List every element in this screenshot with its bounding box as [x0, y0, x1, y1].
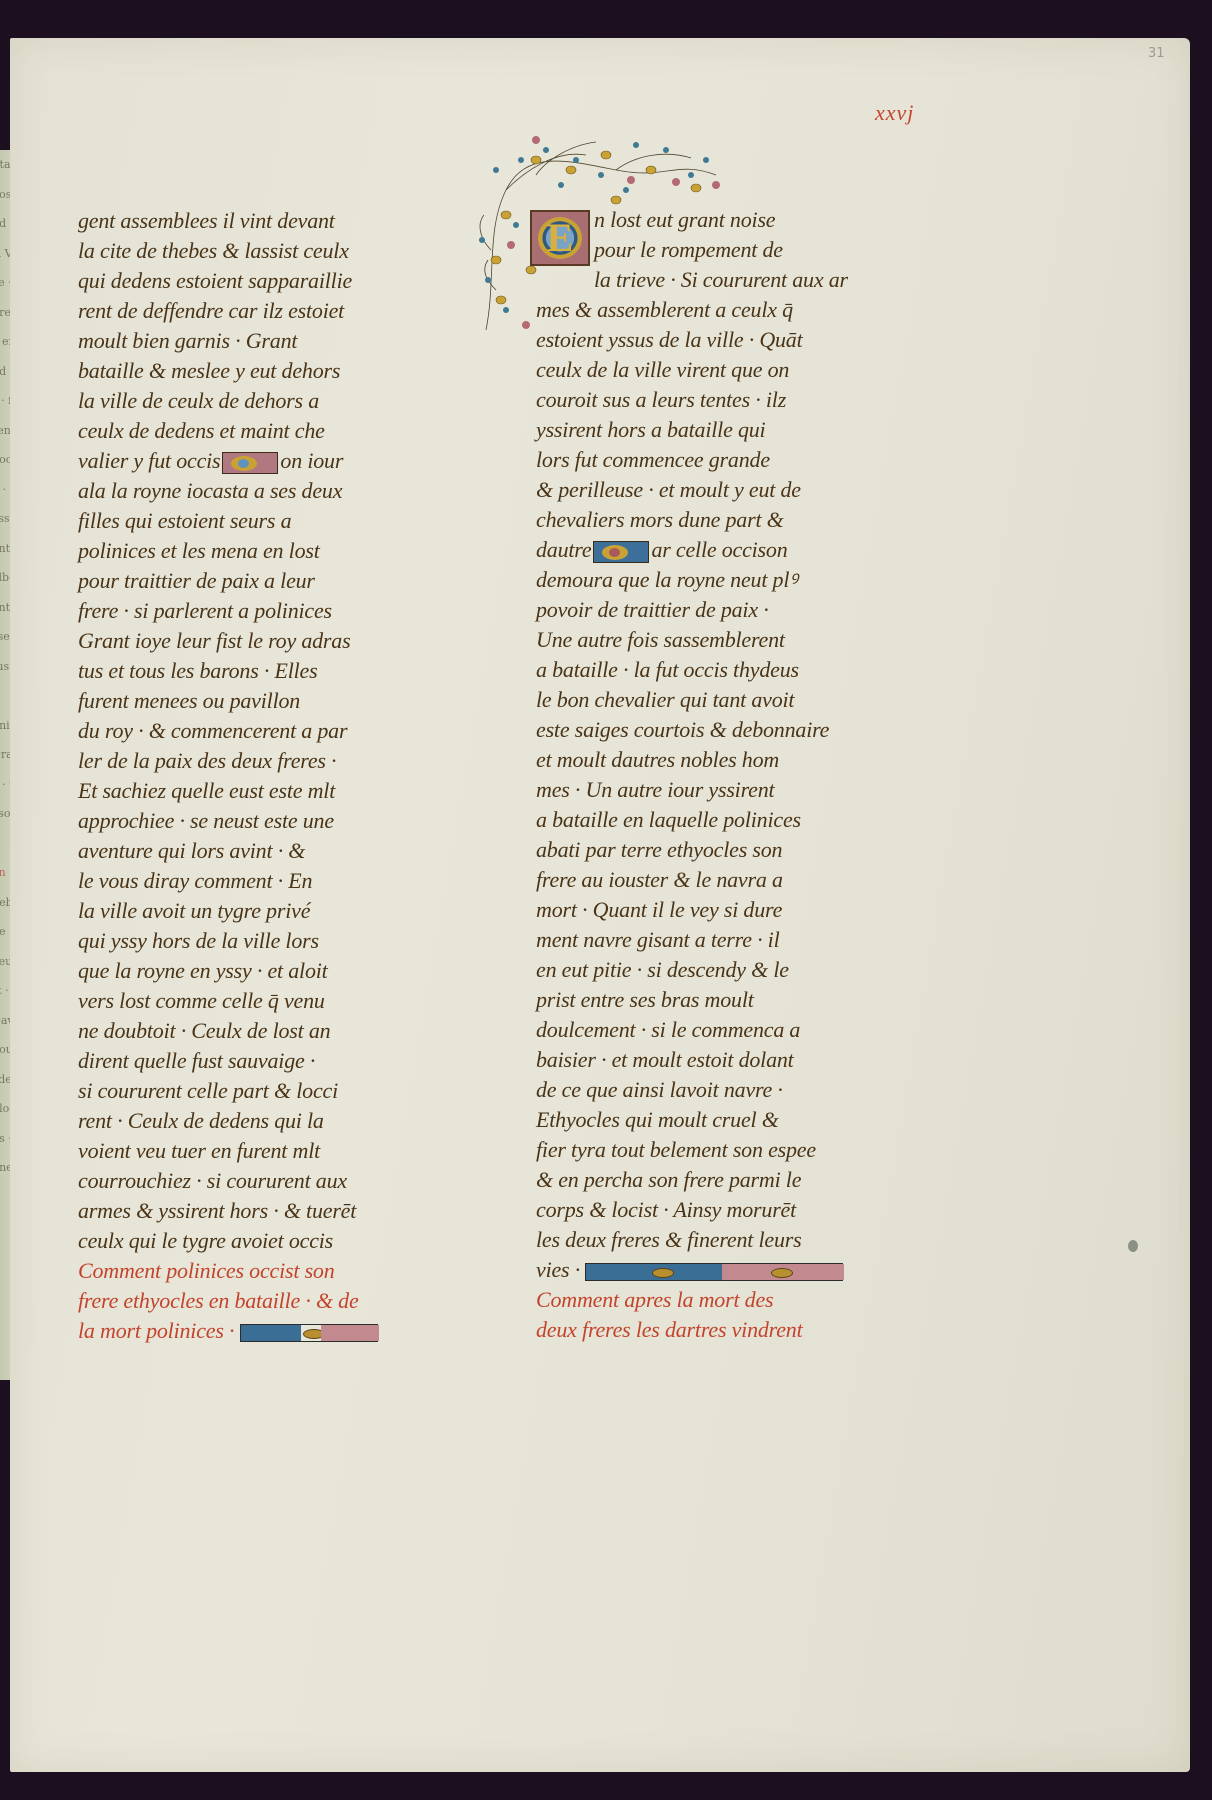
line-text: dautre — [536, 537, 591, 562]
line-text: chevaliers mors dune part & — [536, 507, 784, 532]
text-line: a bataille · la fut occis thydeus — [536, 655, 916, 685]
text-line: ala la royne iocasta a ses deux — [78, 476, 450, 506]
text-line: a bataille en laquelle polinices — [536, 805, 916, 835]
text-line: valier y fut occison iour — [78, 446, 450, 476]
rubric-text: Comment polinices occist son — [78, 1258, 335, 1283]
line-text: ceulx de dedens et maint che — [78, 418, 325, 443]
text-line: fier tyra tout belement son espee — [536, 1135, 916, 1165]
text-line: de ce que ainsi lavoit navre · — [536, 1075, 916, 1105]
text-column-left: gent assemblees il vint devantla cite de… — [78, 206, 450, 1346]
line-text: povoir de traittier de paix · — [536, 597, 769, 622]
text-line: pour traittier de paix a leur — [78, 566, 450, 596]
line-text: yssirent hors a bataille qui — [536, 417, 765, 442]
line-text: gent assemblees il vint devant — [78, 208, 335, 233]
text-line: lors fut commencee grande — [536, 445, 916, 475]
line-text: ala la royne iocasta a ses deux — [78, 478, 342, 503]
line-text: furent menees ou pavillon — [78, 688, 300, 713]
text-line: qui dedens estoient sapparaillie — [78, 266, 450, 296]
text-line: furent menees ou pavillon — [78, 686, 450, 716]
line-text: valier y fut occis — [78, 448, 220, 473]
text-line: mes & assemblerent a ceulx q̄ — [536, 295, 916, 325]
line-text: ar celle occison — [651, 537, 787, 562]
line-filler-ornament — [585, 1263, 843, 1281]
text-line: ceulx de la ville virent que on — [536, 355, 916, 385]
line-text: ceulx qui le tygre avoiet occis — [78, 1228, 333, 1253]
line-text: la cite de thebes & lassist ceulx — [78, 238, 349, 263]
text-line: prist entre ses bras moult — [536, 985, 916, 1015]
line-text: & en percha son frere parmi le — [536, 1167, 801, 1192]
rubric-line: deux freres les dartres vindrent — [536, 1315, 916, 1345]
line-text: vies · — [536, 1257, 580, 1282]
rubric-text: la mort polinices · — [78, 1318, 234, 1343]
rubric-text: frere ethyocles en bataille · & de — [78, 1288, 359, 1313]
rubric-line: Comment apres la mort des — [536, 1285, 916, 1315]
line-text: pour le rompement de — [594, 237, 783, 262]
text-line: & en percha son frere parmi le — [536, 1165, 916, 1195]
text-line: tus et tous les barons · Elles — [78, 656, 450, 686]
text-line: rent de deffendre car ilz estoiet — [78, 296, 450, 326]
text-line: bataille & meslee y eut dehors — [78, 356, 450, 386]
line-text: & perilleuse · et moult y eut de — [536, 477, 801, 502]
line-text: demoura que la royne neut plꝰ — [536, 567, 797, 592]
line-text: abati par terre ethyocles son — [536, 837, 782, 862]
line-text: la trieve · Si coururent aux ar — [594, 267, 848, 292]
line-text: n lost eut grant noise — [594, 207, 775, 232]
line-text: bataille & meslee y eut dehors — [78, 358, 340, 383]
text-line: doulcement · si le commenca a — [536, 1015, 916, 1045]
text-line: Ethyocles qui moult cruel & — [536, 1105, 916, 1135]
inline-initial-p — [593, 541, 649, 563]
rubric-line: la mort polinices · — [78, 1316, 450, 1346]
line-text: couroit sus a leurs tentes · ilz — [536, 387, 786, 412]
line-text: moult bien garnis · Grant — [78, 328, 297, 353]
text-line: dautrear celle occison — [536, 535, 916, 565]
line-text: prist entre ses bras moult — [536, 987, 754, 1012]
text-line: polinices et les mena en lost — [78, 536, 450, 566]
text-line: n lost eut grant noise — [536, 205, 916, 235]
text-line: Et sachiez quelle eust este mlt — [78, 776, 450, 806]
line-text: Et sachiez quelle eust este mlt — [78, 778, 335, 803]
text-line: en eut pitie · si descendy & le — [536, 955, 916, 985]
line-text: voient veu tuer en furent mlt — [78, 1138, 320, 1163]
rubric-text: deux freres les dartres vindrent — [536, 1317, 803, 1342]
text-line: le bon chevalier qui tant avoit — [536, 685, 916, 715]
line-text: Ethyocles qui moult cruel & — [536, 1107, 779, 1132]
line-text: de ce que ainsi lavoit navre · — [536, 1077, 783, 1102]
line-text: ne doubtoit · Ceulx de lost an — [78, 1018, 330, 1043]
inline-initial-d — [222, 452, 278, 474]
text-line: frere · si parlerent a polinices — [78, 596, 450, 626]
text-line: ne doubtoit · Ceulx de lost an — [78, 1016, 450, 1046]
line-text: estoient yssus de la ville · Quāt — [536, 327, 803, 352]
line-text: a bataille en laquelle polinices — [536, 807, 801, 832]
text-line: vies · — [536, 1255, 916, 1285]
line-text: le bon chevalier qui tant avoit — [536, 687, 794, 712]
text-line: estoient yssus de la ville · Quāt — [536, 325, 916, 355]
line-text: a bataille · la fut occis thydeus — [536, 657, 799, 682]
line-text: Une autre fois sassemblerent — [536, 627, 785, 652]
text-line: ceulx de dedens et maint che — [78, 416, 450, 446]
text-line: ler de la paix des deux freres · — [78, 746, 450, 776]
text-line: et moult dautres nobles hom — [536, 745, 916, 775]
rubric-line: Comment polinices occist son — [78, 1256, 450, 1286]
text-line: filles qui estoient seurs a — [78, 506, 450, 536]
line-text: la ville avoit un tygre privé — [78, 898, 310, 923]
line-text: dirent quelle fust sauvaige · — [78, 1048, 315, 1073]
line-text: les deux freres & finerent leurs — [536, 1227, 802, 1252]
line-text: ment navre gisant a terre · il — [536, 927, 780, 952]
text-line: & perilleuse · et moult y eut de — [536, 475, 916, 505]
text-line: yssirent hors a bataille qui — [536, 415, 916, 445]
line-text: armes & yssirent hors · & tuerēt — [78, 1198, 356, 1223]
text-line: corps & locist · Ainsy morurēt — [536, 1195, 916, 1225]
text-line: povoir de traittier de paix · — [536, 595, 916, 625]
text-line: chevaliers mors dune part & — [536, 505, 916, 535]
line-text: rent · Ceulx de dedens qui la — [78, 1108, 324, 1133]
text-line: aventure qui lors avint · & — [78, 836, 450, 866]
line-text: en eut pitie · si descendy & le — [536, 957, 789, 982]
line-text: corps & locist · Ainsy morurēt — [536, 1197, 796, 1222]
text-line: mort · Quant il le vey si dure — [536, 895, 916, 925]
text-line: approchiee · se neust este une — [78, 806, 450, 836]
line-text: approchiee · se neust este une — [78, 808, 334, 833]
text-line: abati par terre ethyocles son — [536, 835, 916, 865]
parchment-stain — [1128, 1240, 1138, 1252]
text-line: le vous diray comment · En — [78, 866, 450, 896]
text-line: les deux freres & finerent leurs — [536, 1225, 916, 1255]
line-text: aventure qui lors avint · & — [78, 838, 305, 863]
text-line: moult bien garnis · Grant — [78, 326, 450, 356]
folio-number: 31 — [1148, 46, 1165, 61]
line-text: mort · Quant il le vey si dure — [536, 897, 782, 922]
line-text: qui dedens estoient sapparaillie — [78, 268, 352, 293]
text-line: este saiges courtois & debonnaire — [536, 715, 916, 745]
text-line: demoura que la royne neut plꝰ — [536, 565, 916, 595]
text-line: armes & yssirent hors · & tuerēt — [78, 1196, 450, 1226]
line-text: la ville de ceulx de dehors a — [78, 388, 319, 413]
text-line: ceulx qui le tygre avoiet occis — [78, 1226, 450, 1256]
text-line: que la royne en yssy · et aloit — [78, 956, 450, 986]
chapter-number: xxvj — [875, 100, 914, 126]
text-line: courrouchiez · si coururent aux — [78, 1166, 450, 1196]
text-line: qui yssy hors de la ville lors — [78, 926, 450, 956]
text-line: mes · Un autre iour yssirent — [536, 775, 916, 805]
text-line: ment navre gisant a terre · il — [536, 925, 916, 955]
text-line: du roy · & commencerent a par — [78, 716, 450, 746]
text-column-right: n lost eut grant noisepour le rompement … — [536, 205, 916, 1345]
line-text: du roy · & commencerent a par — [78, 718, 347, 743]
text-line: frere au iouster & le navra a — [536, 865, 916, 895]
text-line: gent assemblees il vint devant — [78, 206, 450, 236]
line-text: le vous diray comment · En — [78, 868, 312, 893]
line-text: lors fut commencee grande — [536, 447, 770, 472]
text-line: si coururent celle part & locci — [78, 1076, 450, 1106]
rubric-line: frere ethyocles en bataille · & de — [78, 1286, 450, 1316]
text-line: la ville de ceulx de dehors a — [78, 386, 450, 416]
text-line: baisier · et moult estoit dolant — [536, 1045, 916, 1075]
line-text: courrouchiez · si coururent aux — [78, 1168, 347, 1193]
text-line: vers lost comme celle q̄ venu — [78, 986, 450, 1016]
rubric-text: Comment apres la mort des — [536, 1287, 773, 1312]
line-text: este saiges courtois & debonnaire — [536, 717, 829, 742]
line-text: Grant ioye leur fist le roy adras — [78, 628, 350, 653]
text-line: la cite de thebes & lassist ceulx — [78, 236, 450, 266]
line-text: que la royne en yssy · et aloit — [78, 958, 328, 983]
text-line: rent · Ceulx de dedens qui la — [78, 1106, 450, 1136]
line-text: qui yssy hors de la ville lors — [78, 928, 319, 953]
text-line: couroit sus a leurs tentes · ilz — [536, 385, 916, 415]
text-line: la ville avoit un tygre privé — [78, 896, 450, 926]
line-text: mes & assemblerent a ceulx q̄ — [536, 297, 793, 322]
line-text: mes · Un autre iour yssirent — [536, 777, 774, 802]
text-line: Une autre fois sassemblerent — [536, 625, 916, 655]
text-line: voient veu tuer en furent mlt — [78, 1136, 450, 1166]
line-text: frere · si parlerent a polinices — [78, 598, 332, 623]
text-line: dirent quelle fust sauvaige · — [78, 1046, 450, 1076]
line-text: fier tyra tout belement son espee — [536, 1137, 816, 1162]
line-text: si coururent celle part & locci — [78, 1078, 338, 1103]
text-line: Grant ioye leur fist le roy adras — [78, 626, 450, 656]
line-text: rent de deffendre car ilz estoiet — [78, 298, 344, 323]
line-filler-ornament — [240, 1324, 378, 1342]
line-text: baisier · et moult estoit dolant — [536, 1047, 794, 1072]
line-text: ceulx de la ville virent que on — [536, 357, 789, 382]
line-text: doulcement · si le commenca a — [536, 1017, 800, 1042]
line-text: frere au iouster & le navra a — [536, 867, 783, 892]
line-text: tus et tous les barons · Elles — [78, 658, 317, 683]
line-text: ler de la paix des deux freres · — [78, 748, 336, 773]
line-text: vers lost comme celle q̄ venu — [78, 988, 325, 1013]
line-text: et moult dautres nobles hom — [536, 747, 779, 772]
line-text: on iour — [280, 448, 343, 473]
line-text: polinices et les mena en lost — [78, 538, 320, 563]
text-line: la trieve · Si coururent aux ar — [536, 265, 916, 295]
line-text: filles qui estoient seurs a — [78, 508, 291, 533]
text-line: pour le rompement de — [536, 235, 916, 265]
line-text: pour traittier de paix a leur — [78, 568, 315, 593]
